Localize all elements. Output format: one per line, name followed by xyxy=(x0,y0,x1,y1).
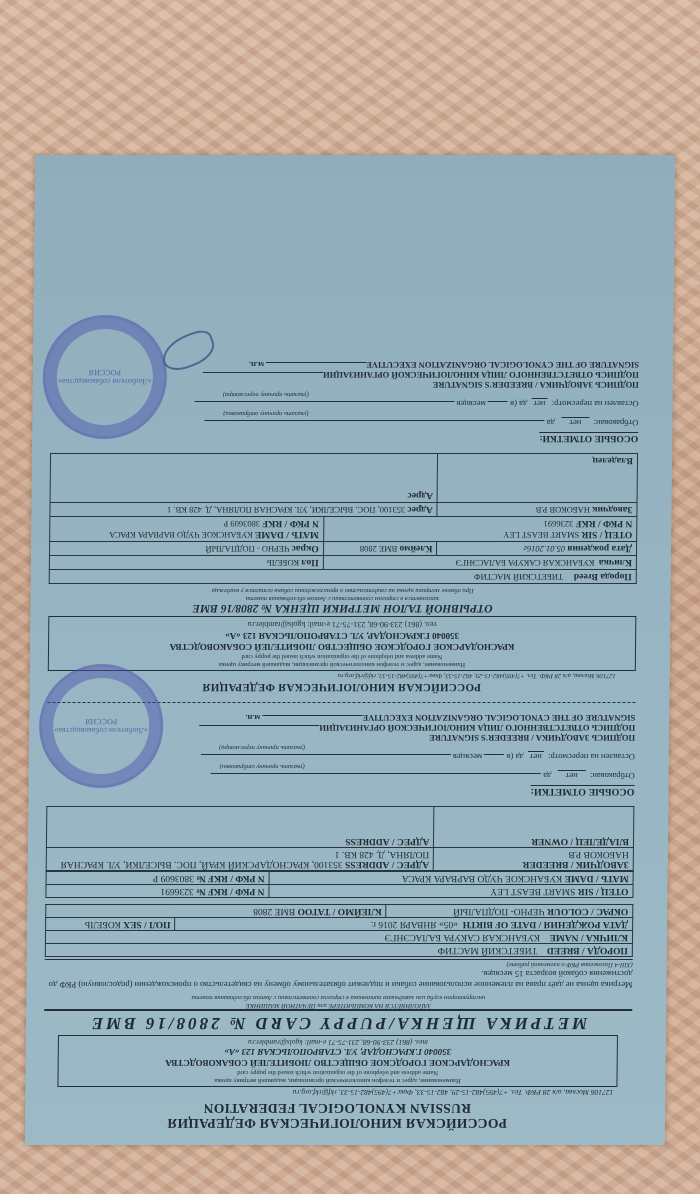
stub-issuer-box: Наименование, адрес и телефон кинологиче… xyxy=(48,616,637,671)
stub-sire-reg-value: 3236691 xyxy=(544,519,574,529)
stub-dob-cell: Дата рождения 05.01.2016г xyxy=(437,542,637,556)
stub-marks-section: ОСОБЫЕ ОТМЕТКИ: Отбракован: нет да (указ… xyxy=(50,360,639,449)
breeder-owner-table: ЗАВОДЧИК / BREEDERНАБОКОВ Р.В АДРЕС / AD… xyxy=(46,806,635,871)
stub-tatoo-cell: Клеймо ВМЕ 2808 xyxy=(323,542,437,556)
stub-colour-cell: Окрас ЧЕРНО - ПОДПАЛЫЙ xyxy=(49,542,323,556)
stub-sex-label: Пол xyxy=(301,557,318,567)
name-label: КЛИЧКА / NAME xyxy=(549,932,628,942)
sex-cell: ПОЛ / SEX КОБЕЛЬ xyxy=(46,918,175,931)
colour-value: ЧЕРНО- ПОДПАЛЫЙ xyxy=(453,906,545,916)
stub-special-marks-label: ОСОБЫЕ ОТМЕТКИ: xyxy=(539,432,638,443)
stub-review-label: Оставлен на пересмотр: xyxy=(552,399,639,409)
dam-cell: МАТЬ / DAME КУБАНСКОЕ ЧУДО ВАРВАРА КРАСА xyxy=(269,872,633,885)
dob-value: «05» ЯНВАРЯ 2016 г. xyxy=(371,919,458,929)
sex-value: КОБЕЛЬ xyxy=(85,919,121,929)
stub-sire-label: ОТЕЦ / SIR xyxy=(581,529,632,539)
breed-label: ПОРОДА / BREED xyxy=(547,945,628,955)
table-row: ПОРОДА / BREED ТИБЕТСКИЙ МАСТИФ xyxy=(45,944,632,957)
table-row: МАТЬ / DAME КУБАНСКОЕ ЧУДО ВАРВАРА КРАСА… xyxy=(46,872,633,885)
federation-address: 127106 Москва, а/я 28 РКФ. Тел. +7(495)4… xyxy=(43,1088,631,1097)
breeder-address-cell: АДРЕС / ADDRESS 353100, КРАСНОДАРСКИЙ КР… xyxy=(46,848,434,871)
tatoo-value: ВМЕ 2808 xyxy=(253,906,295,916)
stub-colour-label: Окрас xyxy=(292,543,319,553)
owner-cell: ВЛАДЕЛЕЦ / OWNER xyxy=(434,807,634,848)
stub-culled-no: нет xyxy=(561,417,589,428)
stub-breeder-label: Заводчик xyxy=(592,504,633,514)
stub-table: Порода Breed ТИБЕТСКИЙ МАСТИФ Кличка КУБ… xyxy=(49,453,638,584)
stub-name-label: Кличка xyxy=(599,557,632,567)
table-row: Дата рождения 05.01.2016г Клеймо ВМЕ 280… xyxy=(49,542,636,556)
stub-mp-label: м.п. xyxy=(249,360,264,370)
culled-reason-line xyxy=(211,773,541,774)
stub-issuer-caption-ru: Наименование, адрес и телефон кинологиче… xyxy=(53,660,631,668)
stub-dam-value: КУБАНСКОЕ ЧУДО ВАРВАРА КРАСА xyxy=(109,530,253,540)
review-yes: да (в xyxy=(506,752,523,762)
stub-owner-address-cell: Адрес xyxy=(50,454,438,503)
stub-owner-address-label: Адрес xyxy=(407,490,433,500)
table-row: ДАТА РОЖДЕНИЯ / DATE OF BIRTH «05» ЯНВАР… xyxy=(46,918,633,931)
issuer-caption-ru: Наименование, адрес и телефон кинологиче… xyxy=(62,1076,612,1084)
stub-sex-cell: Пол КОБЕЛЬ xyxy=(49,556,323,570)
dam-reg-label: N РКФ / RKF № xyxy=(196,873,265,883)
stub-review-months: месяцев xyxy=(456,399,485,409)
stub-culled-reason-line xyxy=(205,420,545,421)
stub-sex-value: КОБЕЛЬ xyxy=(267,558,299,568)
validity-note: Метрика щенка не даёт права на племенное… xyxy=(44,968,632,990)
stub-breeder-address-label: Адрес xyxy=(407,504,433,514)
breeder-label: ЗАВОДЧИК / BREEDER xyxy=(438,859,629,869)
stub-sire-value: SMART BEAST LEY xyxy=(503,530,579,540)
stub-breed-cell: Порода Breed ТИБЕТСКИЙ МАСТИФ xyxy=(49,570,636,584)
table-row: ВЛАДЕЛЕЦ / OWNER АДРЕС / ADDRESS xyxy=(46,807,633,848)
stub-name-value: КУБАНСКАЯ САКУРА БАЛАСЭНГЭ xyxy=(455,558,594,568)
mp-label: м.п. xyxy=(245,713,260,723)
stub-review-yes: да (в xyxy=(510,399,527,409)
dam-label: МАТЬ / DAME xyxy=(565,873,629,883)
issuer-address: 350040 Г.КРАСНОДАР, УЛ. СТАВРОПОЛЬСКАЯ 1… xyxy=(63,1046,613,1057)
stub-dam-label: МАТЬ / DAME xyxy=(255,529,319,539)
name-cell: КЛИЧКА / NAME КУБАНСКАЯ САКУРА БАЛАСЭНГЭ xyxy=(45,931,632,944)
issuer-contacts: тел. (861) 233-90-68, 231-75-71 e-mail: … xyxy=(63,1038,613,1046)
stub-dob-value: 05.01.2016г xyxy=(524,544,566,554)
breed-value: ТИБЕТСКИЙ МАСТИФ xyxy=(437,945,537,955)
stub-issuer-address: 350040 Г.КРАСНОДАР, УЛ. СТАВРОПОЛЬСКАЯ 1… xyxy=(53,630,631,641)
puppy-card-document: РОССИЙСКАЯ КИНОЛОГИЧЕСКАЯ ФЕДЕРАЦИЯ RUSS… xyxy=(25,155,675,1145)
sire-value: SMART BEAST LEY xyxy=(490,886,575,896)
fill-note-2: инструктором клуба или заводчиком питомн… xyxy=(44,993,632,1001)
dam-reg-cell: N РКФ / RKF № 3803609 P xyxy=(46,872,269,885)
stub-issuer-caption-en: Name address and telephone of the organi… xyxy=(53,652,631,660)
stub-issuer-contacts: тел. (861) 233-90-68, 231-75-71 e-mail: … xyxy=(53,619,631,630)
table-row: КЛИЧКА / NAME КУБАНСКАЯ САКУРА БАЛАСЭНГЭ xyxy=(45,931,632,944)
culled-yes: да xyxy=(543,771,551,781)
stub-sire-reg-label: N РКФ / RKF xyxy=(575,518,632,528)
table-row: Владелец Адрес xyxy=(50,454,638,503)
review-label: Оставлен на пересмотр: xyxy=(548,752,635,762)
stub-owner-label: Владелец xyxy=(592,455,633,465)
review-reason-line xyxy=(201,754,451,755)
table-row: ОТЕЦ / SIR SMART BEAST LEY N РКФ / RKF №… xyxy=(46,885,633,898)
stub-dob-label: Дата рождения xyxy=(567,543,632,553)
pedigree-table: ОТЕЦ / SIR SMART BEAST LEY N РКФ / RKF №… xyxy=(45,871,633,898)
stub-tatoo-value: ВМЕ 2808 xyxy=(360,544,398,554)
colour-label: ОКРАС / COLOUR xyxy=(547,906,628,916)
culled-no: нет xyxy=(558,770,586,781)
owner-address-cell: АДРЕС / ADDRESS xyxy=(46,807,434,848)
stub-issuer-name: КРАСНОДАРСКОЕ ГОРОДСКОЕ ОБЩЕСТВО ЛЮБИТЕЛ… xyxy=(53,641,631,652)
stub-sire-cell: ОТЕЦ / SIR SMART BEAST LEYN РКФ / RKF 32… xyxy=(323,517,637,542)
tatoo-cell: КЛЕЙМО / TATOO ВМЕ 2808 xyxy=(46,905,387,918)
stub-title: ОТРЫВНОЙ ТАЛОН МЕТРИКИ ЩЕНКА № 2808/16 В… xyxy=(48,602,636,614)
stub-breeder-cell: Заводчик НАБОКОВ Р.В xyxy=(437,503,637,517)
stub-tatoo-label: Клеймо xyxy=(399,543,432,553)
special-marks-label: ОСОБЫЕ ОТМЕТКИ: xyxy=(530,785,634,797)
federation-title-ru: РОССИЙСКАЯ КИНОЛОГИЧЕСКАЯ ФЕДЕРАЦИЯ xyxy=(43,1116,631,1131)
issuer-caption-en: Name address and telephone of the organi… xyxy=(63,1068,613,1076)
stub-breed-label: Порода Breed xyxy=(574,571,632,581)
stub-culled-yes: да xyxy=(547,418,555,428)
tatoo-label: КЛЕЙМО / TATOO xyxy=(298,906,382,916)
stub-colour-value: ЧЕРНО - ПОДПАЛЫЙ xyxy=(205,544,289,554)
review-months-line xyxy=(484,754,504,755)
marks-section: ОСОБЫЕ ОТМЕТКИ: Отбракован: нет да (указ… xyxy=(46,713,635,802)
stub-note-2: При обмене метрики щенка на свидетельств… xyxy=(49,586,637,594)
stub-breeder-address-cell: Адрес 353100, ПОС. ВЫСЕЛКИ, УЛ. КРАСНАЯ … xyxy=(50,503,438,517)
stub-breed-value: ТИБЕТСКИЙ МАСТИФ xyxy=(474,572,563,582)
breed-cell: ПОРОДА / BREED ТИБЕТСКИЙ МАСТИФ xyxy=(45,944,632,957)
stub-owner-cell: Владелец xyxy=(437,454,637,503)
stub-breeder-address-value: 353100, ПОС. ВЫСЕЛКИ, УЛ. КРАСНАЯ ПОЛЯНА… xyxy=(167,505,405,515)
dam-reg-value: 3803609 P xyxy=(153,873,194,883)
review-no: нет xyxy=(528,751,544,762)
table-row: ОТЕЦ / SIR SMART BEAST LEYN РКФ / RKF 32… xyxy=(50,517,637,542)
issuer-box: Наименование, адрес и телефон кинологиче… xyxy=(57,1035,618,1087)
regulation-note: (XIII-4 Положения РКФ о племенной работе… xyxy=(45,959,633,968)
table-row: Заводчик НАБОКОВ Р.В Адрес 353100, ПОС. … xyxy=(50,503,637,517)
dog-details-table: ПОРОДА / BREED ТИБЕТСКИЙ МАСТИФ КЛИЧКА /… xyxy=(45,904,634,957)
colour-cell: ОКРАС / COLOUR ЧЕРНО- ПОДПАЛЫЙ xyxy=(386,905,633,918)
sire-cell: ОТЕЦ / SIR SMART BEAST LEY xyxy=(269,885,633,898)
stub-culled-label: Отбракован: xyxy=(594,418,639,428)
table-row: ЗАВОДЧИК / BREEDERНАБОКОВ Р.В АДРЕС / AD… xyxy=(46,848,633,871)
sire-reg-cell: N РКФ / RKF № 3236691 xyxy=(46,885,269,898)
dob-cell: ДАТА РОЖДЕНИЯ / DATE OF BIRTH «05» ЯНВАР… xyxy=(175,918,633,931)
sire-reg-label: N РКФ / RKF № xyxy=(196,886,265,896)
sex-label: ПОЛ / SEX xyxy=(123,919,170,929)
owner-label: ВЛАДЕЛЕЦ / OWNER xyxy=(531,836,629,846)
name-value: КУБАНСКАЯ САКУРА БАЛАСЭНГЭ xyxy=(385,932,540,942)
stub-name-cell: Кличка КУБАНСКАЯ САКУРА БАЛАСЭНГЭ xyxy=(323,556,636,570)
table-row: ОКРАС / COLOUR ЧЕРНО- ПОДПАЛЫЙ КЛЕЙМО / … xyxy=(46,905,633,918)
stub-dam-reg-value: 3803609 P xyxy=(223,519,260,529)
stub-review-months-line xyxy=(488,401,508,402)
stub-dam-reg-label: N РКФ / RKF xyxy=(262,518,319,528)
stub-dam-cell: МАТЬ / DAME КУБАНСКОЕ ЧУДО ВАРВАРА КРАСА… xyxy=(50,517,324,542)
issuer-name: КРАСНОДАРСКОЕ ГОРОДСКОЕ ОБЩЕСТВО ЛЮБИТЕЛ… xyxy=(63,1057,613,1068)
card-title: МЕТРИКА ЩЕНКА/PUPPY CARD № 2808/16 ВМЕ xyxy=(44,1009,632,1035)
dam-value: КУБАНСКОЕ ЧУДО ВАРВАРА КРАСА xyxy=(402,873,562,883)
sire-label: ОТЕЦ / SIR xyxy=(578,886,629,896)
stub-note-1: заполняется в строгом соответствии с Акт… xyxy=(49,594,637,602)
sire-reg-value: 3236691 xyxy=(160,886,193,896)
federation-title-en: RUSSIAN KYNOLOGICAL FEDERATION xyxy=(43,1101,631,1116)
breeder-address-label: АДРЕС / ADDRESS xyxy=(345,859,429,869)
table-row: Порода Breed ТИБЕТСКИЙ МАСТИФ xyxy=(49,570,636,584)
owner-address-label: АДРЕС / ADDRESS xyxy=(345,836,429,846)
fill-note: ЗАПОЛНЯЕТСЯ НА КОМПЬЮТЕРЕ или ПЕЧАТНОЙ М… xyxy=(44,1001,632,1009)
culled-label: Отбракован: xyxy=(590,771,635,781)
review-months: месяцев xyxy=(453,752,482,762)
dob-label: ДАТА РОЖДЕНИЯ / DATE OF BIRTH xyxy=(463,919,629,929)
table-row: Кличка КУБАНСКАЯ САКУРА БАЛАСЭНГЭ Пол КО… xyxy=(49,556,636,570)
stub-review-reason-line xyxy=(194,401,454,402)
breeder-value: НАБОКОВ Р.В xyxy=(438,849,629,859)
stub-review-no: нет xyxy=(531,398,547,409)
document-content: РОССИЙСКАЯ КИНОЛОГИЧЕСКАЯ ФЕДЕРАЦИЯ RUSS… xyxy=(43,165,641,1131)
stub-breeder-value: НАБОКОВ Р.В xyxy=(536,505,590,515)
breeder-cell: ЗАВОДЧИК / BREEDERНАБОКОВ Р.В xyxy=(434,848,634,871)
